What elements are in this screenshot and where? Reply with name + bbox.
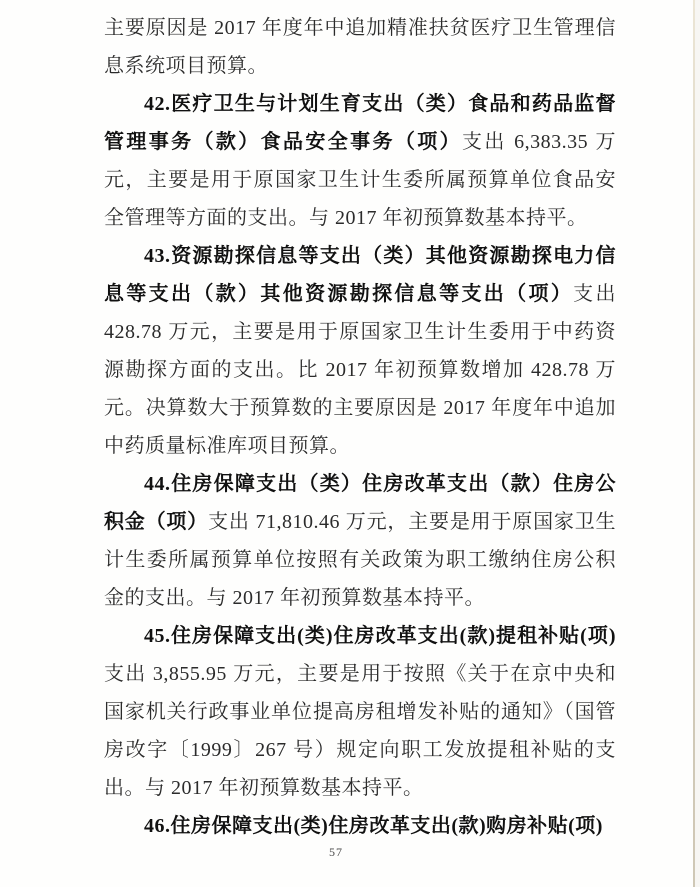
paragraph: 45.住房保障支出(类)住房改革支出(款)提租补贴(项)支出 3,855.95 … bbox=[104, 617, 616, 807]
paragraph-heading: 46.住房保障支出(类)住房改革支出(款)购房补贴(项) bbox=[144, 815, 603, 837]
paragraph: 46.住房保障支出(类)住房改革支出(款)购房补贴(项) bbox=[104, 807, 616, 845]
paragraph: 主要原因是 2017 年度年中追加精准扶贫医疗卫生管理信息系统项目预算。 bbox=[104, 9, 616, 85]
document-body: 主要原因是 2017 年度年中追加精准扶贫医疗卫生管理信息系统项目预算。42.医… bbox=[104, 9, 616, 845]
document-page: 主要原因是 2017 年度年中追加精准扶贫医疗卫生管理信息系统项目预算。42.医… bbox=[0, 0, 700, 887]
page-number: 57 bbox=[0, 845, 672, 860]
paragraph: 44.住房保障支出（类）住房改革支出（款）住房公积金（项）支出 71,810.4… bbox=[104, 465, 616, 617]
paragraph-heading: 45.住房保障支出(类)住房改革支出(款)提租补贴(项) bbox=[144, 625, 616, 647]
paragraph-heading: 44.住房保障支出（类）住房改革支出（款）住房公积金（项） bbox=[104, 473, 616, 533]
paragraph-heading: 43.资源勘探信息等支出（类）其他资源勘探电力信息等支出（款）其他资源勘探信息等… bbox=[104, 245, 616, 305]
paragraph: 43.资源勘探信息等支出（类）其他资源勘探电力信息等支出（款）其他资源勘探信息等… bbox=[104, 237, 616, 465]
scan-edge-margin bbox=[695, 0, 700, 887]
paragraph-heading: 42.医疗卫生与计划生育支出（类）食品和药品监督管理事务（款）食品安全事务（项） bbox=[104, 93, 616, 153]
paragraph: 42.医疗卫生与计划生育支出（类）食品和药品监督管理事务（款）食品安全事务（项）… bbox=[104, 85, 616, 237]
